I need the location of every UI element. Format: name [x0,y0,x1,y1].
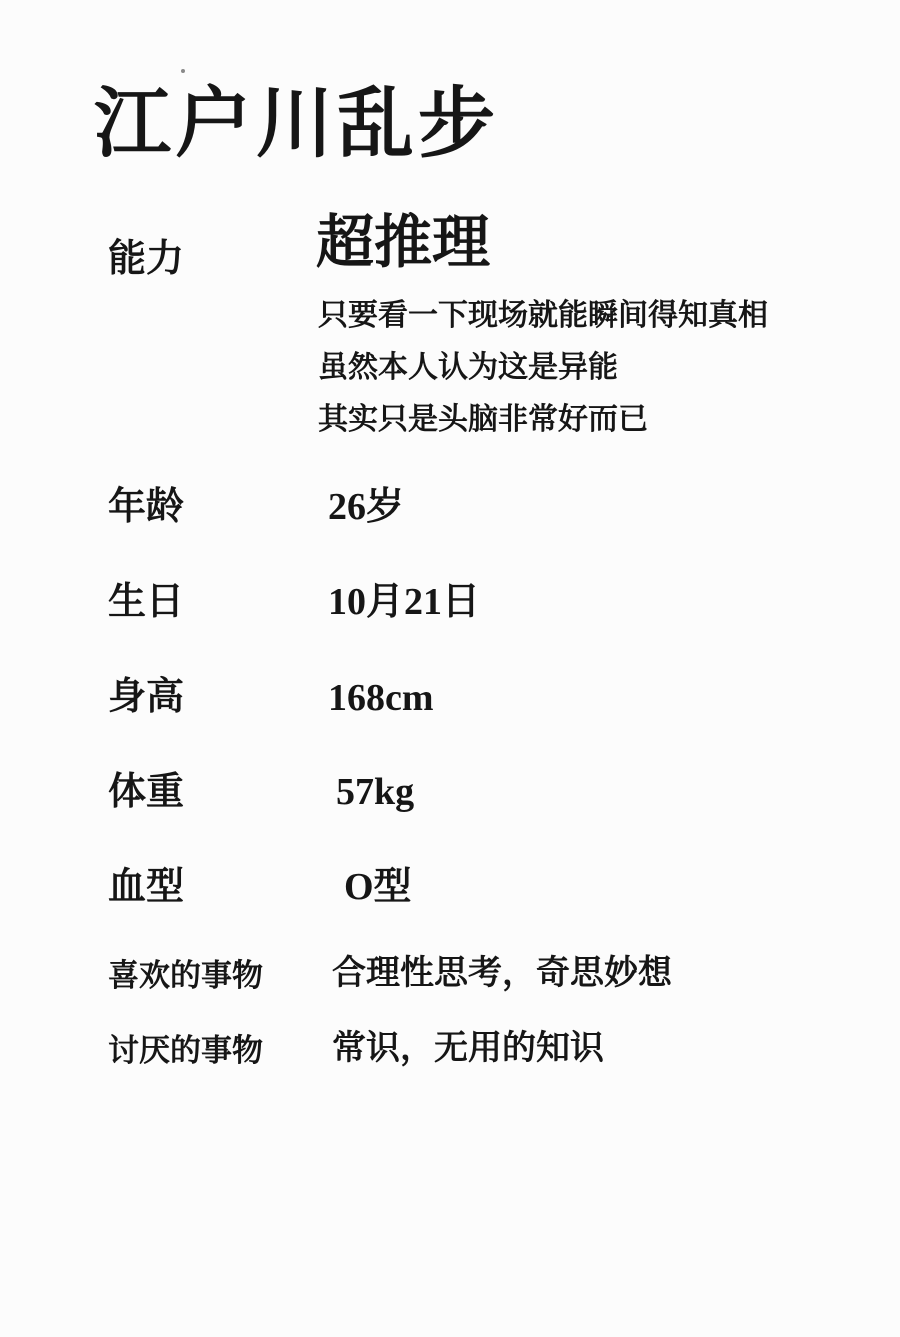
field-label-blood-type: 血型 [108,868,274,906]
field-value-weight: 57kg [336,773,414,811]
page-title: 江户川乱步 [94,86,499,163]
field-value-dislikes: 常识，无用的知识 [332,1032,604,1066]
field-label-likes: 喜欢的事物 [108,960,265,991]
field-label-dislikes: 讨厌的事物 [108,1035,265,1066]
field-value-likes: 合理性思考，奇思妙想 [332,957,672,991]
ability-description-line-1: 只要看一下现场就能瞬间得知真相 [318,290,768,342]
field-value-ability: 超推理 [316,214,490,272]
field-label-ability: 能力 [108,240,274,278]
ability-description-line-2: 虽然本人认为这是异能 [318,342,768,394]
ability-description-line-3: 其实只是头脑非常好而已 [318,394,768,446]
ink-speck [181,69,185,73]
field-value-age: 26岁 [328,488,404,526]
field-value-birthday: 10月21日 [328,583,480,621]
field-label-height: 身高 [108,678,274,716]
profile-page: 江户川乱步 能力 超推理 只要看一下现场就能瞬间得知真相 虽然本人认为这是异能 … [0,0,900,1337]
field-label-age: 年龄 [108,488,274,526]
field-value-blood-type: O型 [344,868,412,906]
ability-description: 只要看一下现场就能瞬间得知真相 虽然本人认为这是异能 其实只是头脑非常好而已 [318,290,768,446]
field-label-birthday: 生日 [108,583,274,621]
field-value-height: 168cm [328,679,434,717]
field-label-weight: 体重 [108,773,274,811]
